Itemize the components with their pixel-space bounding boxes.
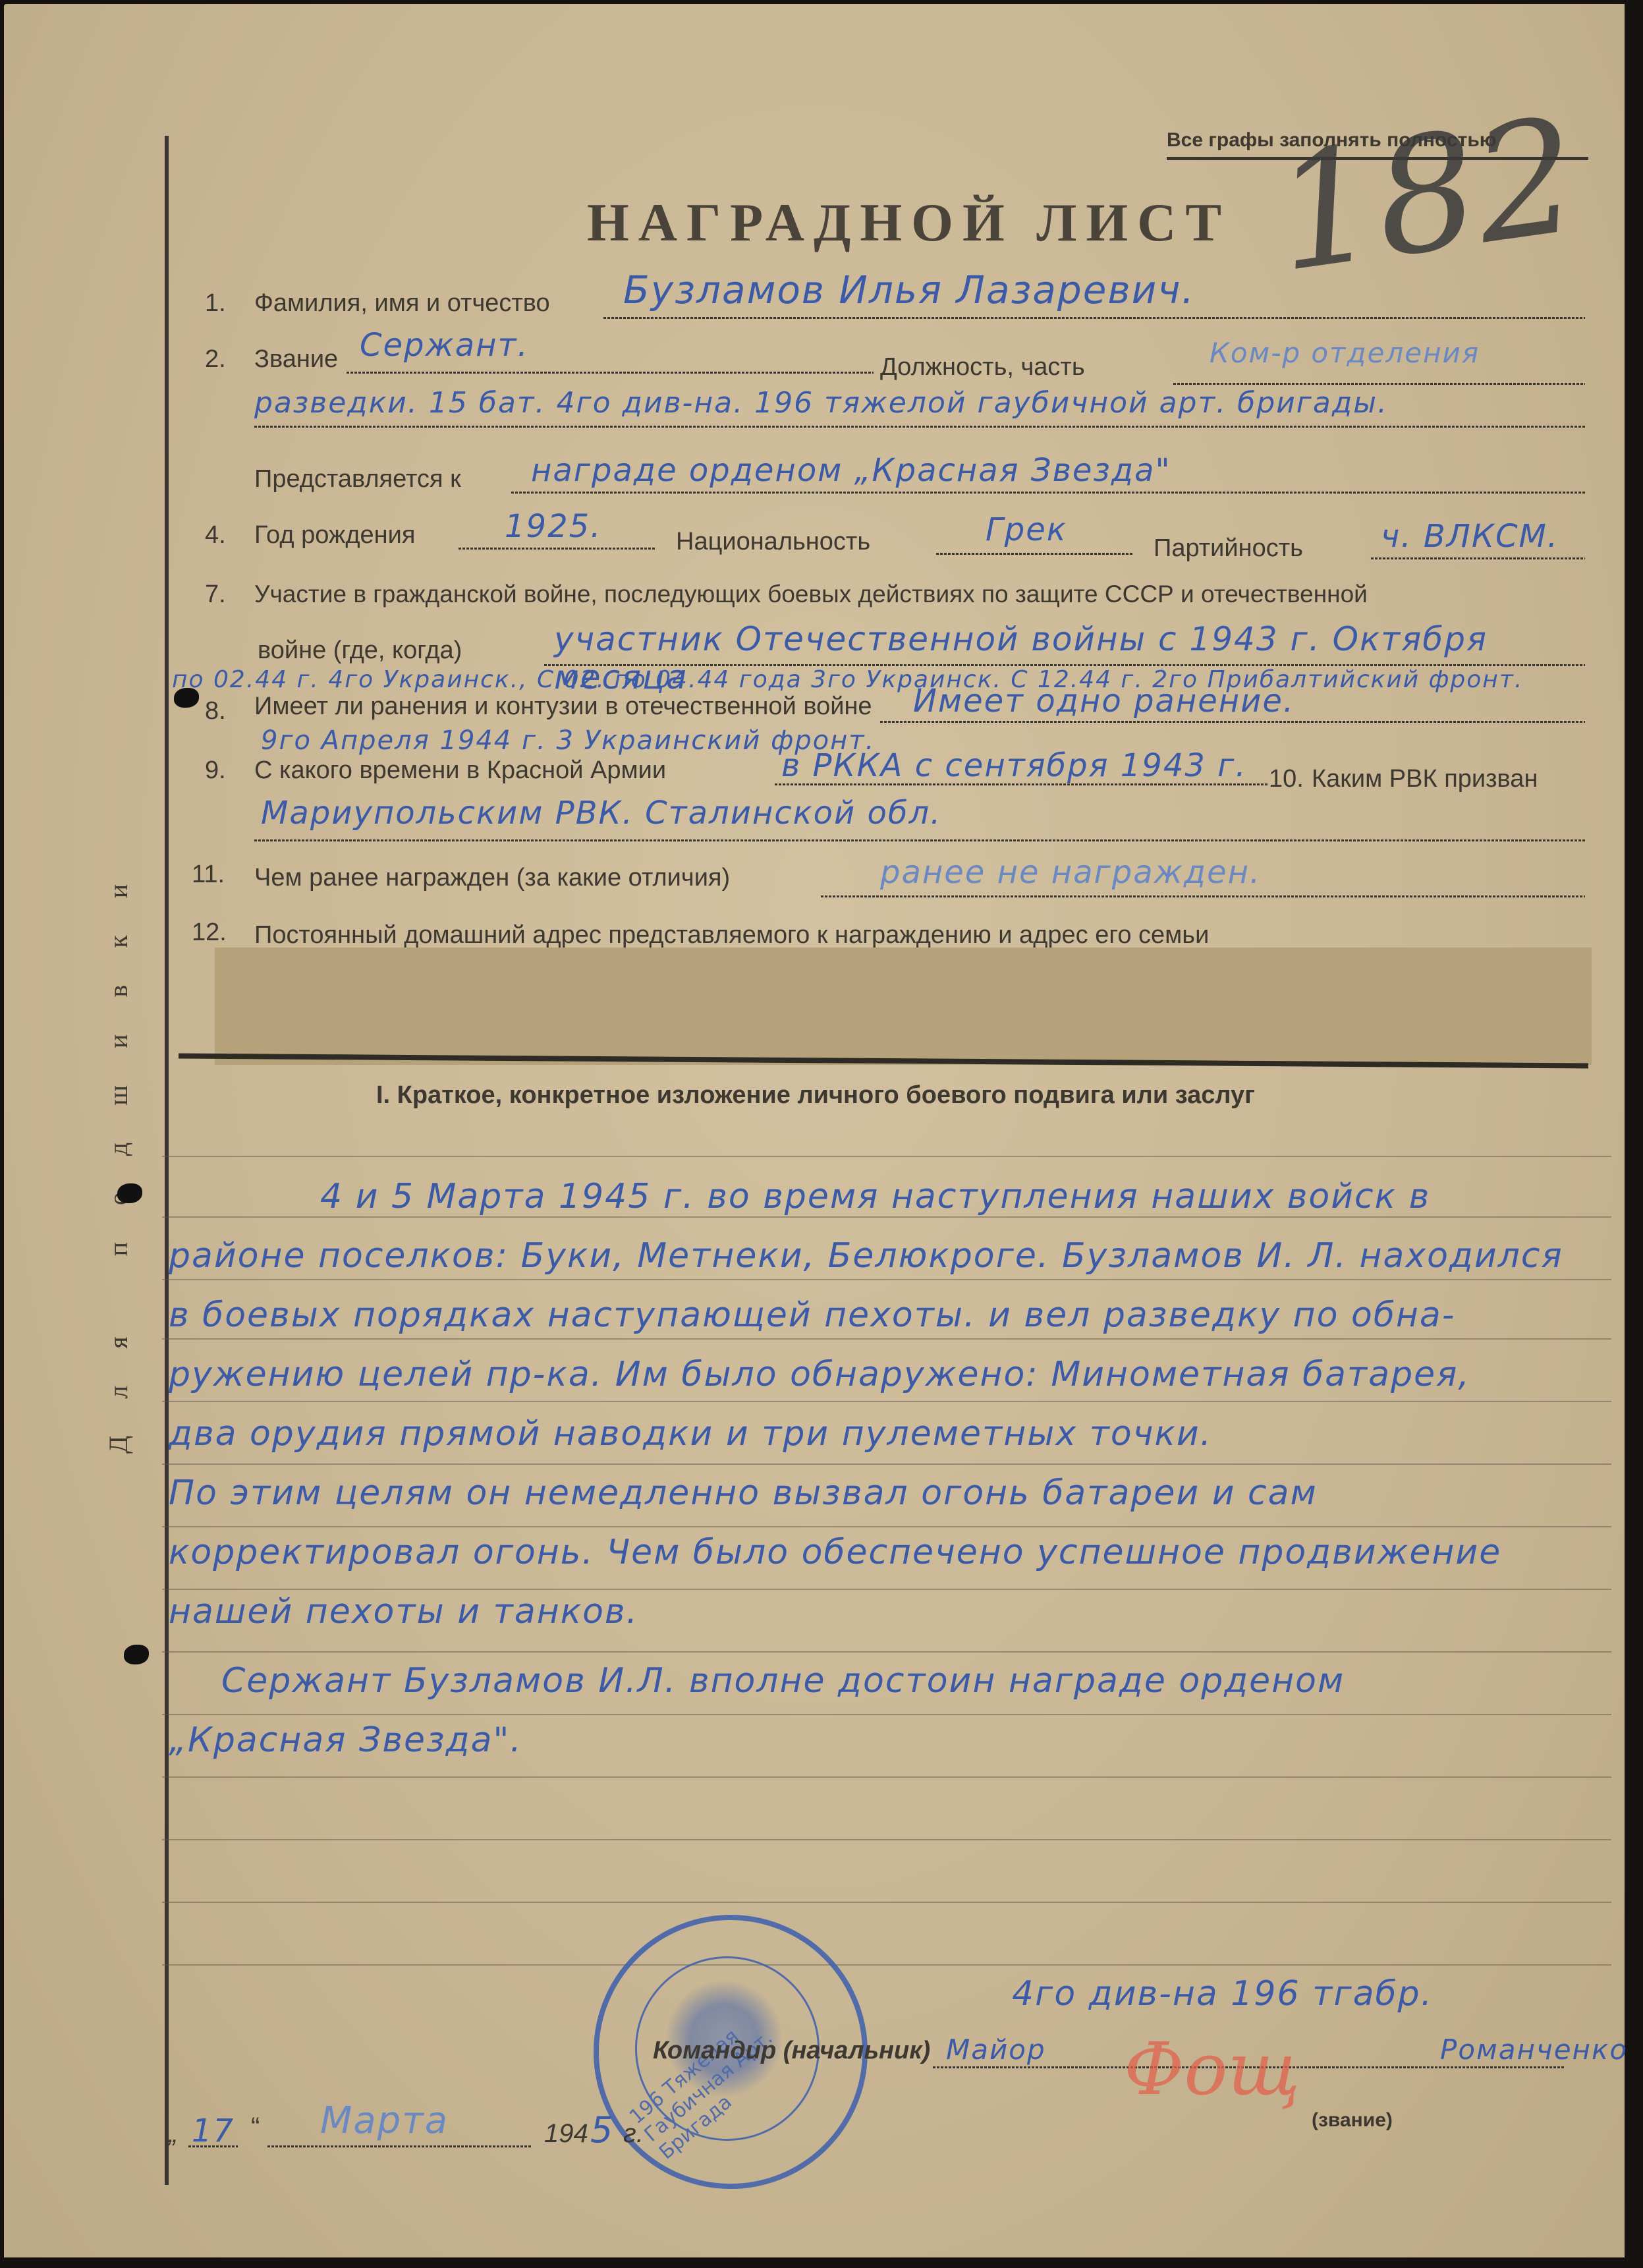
field-label-where-when: войне (где, когда): [258, 637, 462, 665]
narrative-line: ружению целей пр-ка. Им было обнаружено:…: [169, 1355, 1470, 1394]
field-number: 4.: [205, 521, 226, 550]
field-line: [511, 492, 1585, 494]
field-label-party: Партийность: [1154, 534, 1303, 563]
field-label-war-participation: Участие в гражданской войне, последующих…: [254, 581, 1368, 608]
date-day: 17: [192, 2112, 235, 2149]
narrative-line: нашей пехоты и танков.: [169, 1592, 638, 1631]
narrative-line: По этим целям он немедленно вызвал огонь…: [169, 1473, 1318, 1513]
field-label-nationality: Национальность: [676, 528, 870, 556]
commander-signature: Фощ: [1124, 2027, 1300, 2111]
field-value-army-since: в РККА с сентября 1943 г.: [781, 747, 1247, 784]
field-number: 7.: [205, 581, 226, 609]
field-label-rank: Звание: [254, 345, 338, 374]
date-month-line: [267, 2145, 531, 2147]
ruled-line: [162, 1714, 1611, 1715]
section-heading: I. Краткое, конкретное изложение личного…: [376, 1081, 1255, 1110]
date-month: Марта: [320, 2099, 449, 2142]
ruled-line: [162, 1902, 1611, 1903]
ruled-line: [162, 1156, 1611, 1157]
field-number: 8.: [205, 697, 226, 725]
field-label-name: Фамилия, имя и отчество: [254, 289, 550, 318]
rank-caption: (звание): [1312, 2109, 1393, 2132]
field-value-wounds: Имеет одно ранение.: [913, 683, 1295, 720]
field-line: [459, 548, 656, 550]
field-number: 10.: [1269, 765, 1304, 793]
field-line: [880, 721, 1585, 723]
narrative-line: Сержант Бузламов И.Л. вполне достоин наг…: [221, 1661, 1345, 1701]
redacted-address: [215, 948, 1592, 1065]
field-label-home-address: Постоянный домашний адрес представляемог…: [254, 921, 1209, 950]
field-line: [603, 317, 1585, 319]
page-title: НАГРАДНОЙ ЛИСТ: [587, 192, 1231, 254]
field-line: [936, 553, 1134, 555]
date-open-quote: „: [169, 2119, 177, 2148]
field-line: [821, 895, 1585, 897]
field-label-position: Должность, часть: [880, 353, 1085, 382]
ruled-line: [162, 1279, 1611, 1280]
ruled-line: [162, 1463, 1611, 1465]
field-label-birth-year: Год рождения: [254, 521, 415, 550]
date-year-end: г.: [623, 2119, 644, 2149]
punch-hole: [117, 1183, 142, 1203]
ruled-line: [162, 1964, 1611, 1966]
ruled-line: [162, 1589, 1611, 1590]
field-line: [1173, 383, 1585, 385]
award-sheet: Для подшивки Все графы заполнять полност…: [4, 4, 1625, 2257]
field-label-draft-office: Каким РВК призван: [1312, 765, 1538, 793]
field-line: [254, 839, 1585, 841]
field-value-name: Бузламов Илья Лазаревич.: [623, 268, 1195, 312]
ruled-line: [162, 1839, 1611, 1840]
ruled-line: [162, 1776, 1611, 1778]
field-value-war-participation-cont: по 02.44 г. 4го Украинск., С 02. по 04.4…: [172, 666, 1523, 693]
date-year-suffix: 5: [590, 2109, 614, 2151]
field-value-previous-awards: ранее не награжден.: [880, 854, 1261, 891]
field-number: 11.: [192, 861, 225, 889]
field-label-wounds: Имеет ли ранения и контузии в отечествен…: [254, 693, 872, 721]
field-number: 9.: [205, 756, 226, 785]
ruled-line: [162, 1216, 1611, 1218]
date-year-prefix: 194: [544, 2119, 588, 2149]
commander-name: Романченко: [1440, 2033, 1628, 2066]
binding-margin-label: Для подшивки: [103, 637, 169, 1664]
field-label-army-since: С какого времени в Красной Армии: [254, 756, 666, 785]
ruled-line: [162, 1401, 1611, 1402]
field-line: [347, 372, 874, 374]
archive-number: 182: [1264, 82, 1589, 307]
field-line: [254, 426, 1585, 428]
field-label-nominated: Представляется к: [254, 465, 461, 494]
ruled-line: [162, 1651, 1611, 1653]
date-close-quote: “: [251, 2112, 260, 2142]
field-value-nominated: награде орденом „Красная Звезда": [531, 452, 1171, 489]
commander-label: Командир (начальник): [653, 2037, 930, 2065]
narrative-line: два орудия прямой наводки и три пулеметн…: [169, 1414, 1212, 1454]
commander-rank: Майор: [946, 2033, 1046, 2066]
ruled-line: [162, 1526, 1611, 1527]
field-value-unit: разведки. 15 бат. 4го див-на. 196 тяжело…: [254, 386, 1388, 420]
field-line: [1371, 557, 1585, 559]
narrative-line: в боевых порядках наступающей пехоты. и …: [169, 1295, 1456, 1335]
field-value-nationality: Грек: [986, 511, 1067, 548]
field-label-previous-awards: Чем ранее награжден (за какие отличия): [254, 864, 730, 892]
narrative-line: 4 и 5 Марта 1945 г. во время наступления…: [320, 1177, 1430, 1216]
field-value-draft-office: Мариупольским РВК. Сталинской обл.: [261, 795, 941, 832]
field-number: 12.: [192, 919, 227, 947]
commander-unit: 4го див-на 196 тгабр.: [1012, 1974, 1433, 2014]
field-number: 2.: [205, 345, 226, 374]
ruled-line: [162, 1338, 1611, 1340]
narrative-line: районе поселков: Буки, Метнеки, Белюкрог…: [169, 1236, 1563, 1276]
narrative-line: корректировал огонь. Чем было обеспечено…: [169, 1533, 1501, 1572]
narrative-line: „Красная Звезда".: [169, 1720, 522, 1760]
field-value-position: Ком-р отделения: [1210, 337, 1480, 369]
field-value-rank: Сержант.: [360, 327, 529, 364]
field-value-party: ч. ВЛКСМ.: [1381, 518, 1559, 555]
field-number: 1.: [205, 289, 226, 318]
field-value-birth-year: 1925.: [505, 508, 601, 545]
punch-hole: [124, 1645, 149, 1664]
